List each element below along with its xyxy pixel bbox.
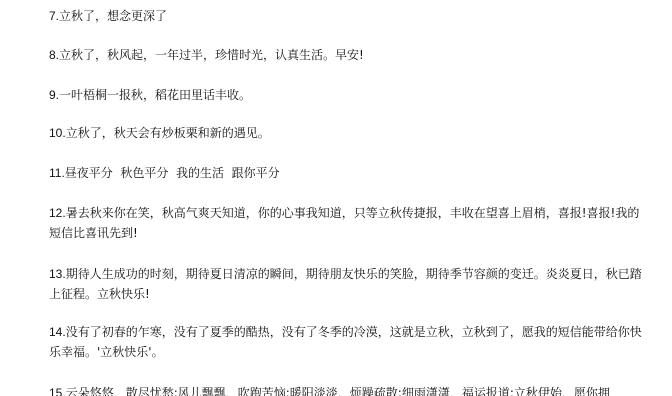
paragraph-14: 14.没有了初春的乍寒，没有了夏季的酷热，没有了冬季的冷漠，这就是立秋，立秋到了… [49, 322, 649, 362]
paragraph-number: 10. [49, 126, 66, 140]
paragraph-7: 7.立秋了，想念更深了 [49, 6, 649, 26]
paragraph-number: 12. [49, 206, 66, 220]
paragraph-12: 12.暑去秋来你在笑，秋高气爽天知道，你的心事我知道，只等立秋传捷报，丰收在望喜… [49, 203, 649, 243]
paragraph-text: 云朵悠悠，散尽忧愁;风儿飘飘，吹跑苦恼;暖阳淡淡，烦躁疏散;细雨潇潇，福运报道;… [66, 386, 610, 396]
paragraph-11: 11.昼夜平分 秋色平分 我的生活 跟你平分 [49, 163, 649, 183]
paragraph-text: 一叶梧桐一报秋，稻花田里话丰收。 [59, 88, 251, 102]
paragraph-number: 8. [49, 48, 59, 62]
paragraph-text: 昼夜平分 秋色平分 我的生活 跟你平分 [65, 166, 280, 180]
paragraph-number: 14. [49, 325, 66, 339]
paragraph-number: 9. [49, 88, 59, 102]
paragraph-8: 8.立秋了，秋风起，一年过半，珍惜时光，认真生活。早安! [49, 45, 649, 65]
paragraph-text: 期待人生成功的时刻，期待夏日清凉的瞬间，期待朋友快乐的笑脸，期待季节容颜的变迁。… [49, 267, 642, 301]
paragraph-10: 10.立秋了，秋天会有炒板栗和新的遇见。 [49, 123, 649, 143]
paragraph-number: 7. [49, 9, 59, 23]
paragraph-text: 立秋了，想念更深了 [59, 9, 167, 23]
paragraph-text: 立秋了，秋天会有炒板栗和新的遇见。 [66, 126, 270, 140]
paragraph-13: 13.期待人生成功的时刻，期待夏日清凉的瞬间，期待朋友快乐的笑脸，期待季节容颜的… [49, 264, 649, 304]
paragraph-number: 13. [49, 267, 66, 281]
paragraph-9: 9.一叶梧桐一报秋，稻花田里话丰收。 [49, 85, 649, 105]
paragraph-text: 没有了初春的乍寒，没有了夏季的酷热，没有了冬季的冷漠，这就是立秋，立秋到了，愿我… [49, 325, 642, 359]
paragraph-number: 15. [49, 386, 66, 396]
paragraph-number: 11. [49, 166, 65, 180]
paragraph-text: 暑去秋来你在笑，秋高气爽天知道，你的心事我知道，只等立秋传捷报，丰收在望喜上眉梢… [49, 206, 639, 240]
paragraph-text: 立秋了，秋风起，一年过半，珍惜时光，认真生活。早安! [59, 48, 364, 62]
paragraph-15: 15.云朵悠悠，散尽忧愁;风儿飘飘，吹跑苦恼;暖阳淡淡，烦躁疏散;细雨潇潇，福运… [49, 383, 649, 396]
